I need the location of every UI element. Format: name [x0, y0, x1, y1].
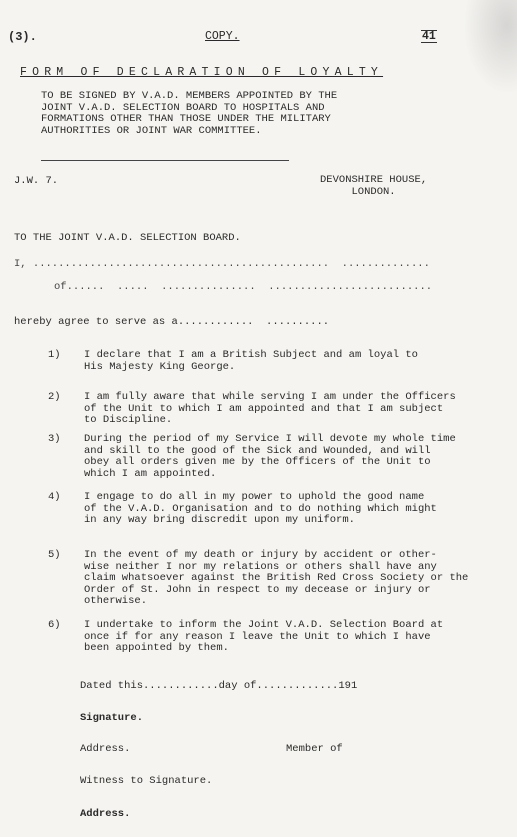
serve-as-field[interactable]: hereby agree to serve as a............ .…: [14, 316, 329, 328]
clause-text: I engage to do all in my power to uphold…: [84, 492, 437, 527]
document-title: FORM OF DECLARATION OF LOYALTY: [20, 66, 383, 79]
divider-rule: [41, 160, 289, 161]
clause-text: During the period of my Service I will d…: [84, 434, 456, 480]
addressee: TO THE JOINT V.A.D. SELECTION BOARD.: [14, 232, 241, 244]
dated-field[interactable]: Dated this............day of............…: [80, 680, 357, 692]
clause-number: 4): [48, 492, 61, 504]
witness-address-field[interactable]: Address.: [80, 808, 130, 820]
sheet-number: (3).: [8, 30, 37, 44]
document-subtitle: TO BE SIGNED BY V.A.D. MEMBERS APPOINTED…: [41, 91, 337, 137]
clause-text: In the event of my death or injury by ac…: [84, 550, 468, 608]
address-block: DEVONSHIRE HOUSE,LONDON.: [320, 175, 427, 198]
member-of-field[interactable]: Member of: [286, 743, 343, 755]
clause-number: 2): [48, 392, 61, 404]
signature-field[interactable]: Signature.: [80, 712, 143, 724]
address-field[interactable]: Address.: [80, 743, 130, 755]
clause-number: 6): [48, 620, 61, 632]
witness-signature-field[interactable]: Witness to Signature.: [80, 775, 212, 787]
name-field[interactable]: I, .....................................…: [14, 258, 430, 270]
clause-text: I declare that I am a British Subject an…: [84, 350, 418, 373]
clause-number: 1): [48, 350, 61, 362]
clause-text: I undertake to inform the Joint V.A.D. S…: [84, 620, 443, 655]
page-number: 41: [421, 30, 437, 43]
clause-number: 3): [48, 434, 61, 446]
form-reference: J.W. 7.: [14, 175, 58, 187]
document-page: (3). COPY. 41 FORM OF DECLARATION OF LOY…: [0, 0, 517, 837]
of-field[interactable]: of...... ..... ............... .........…: [54, 281, 432, 293]
copy-label: COPY.: [205, 30, 240, 43]
clause-text: I am fully aware that while serving I am…: [84, 392, 456, 427]
clause-number: 5): [48, 550, 61, 562]
